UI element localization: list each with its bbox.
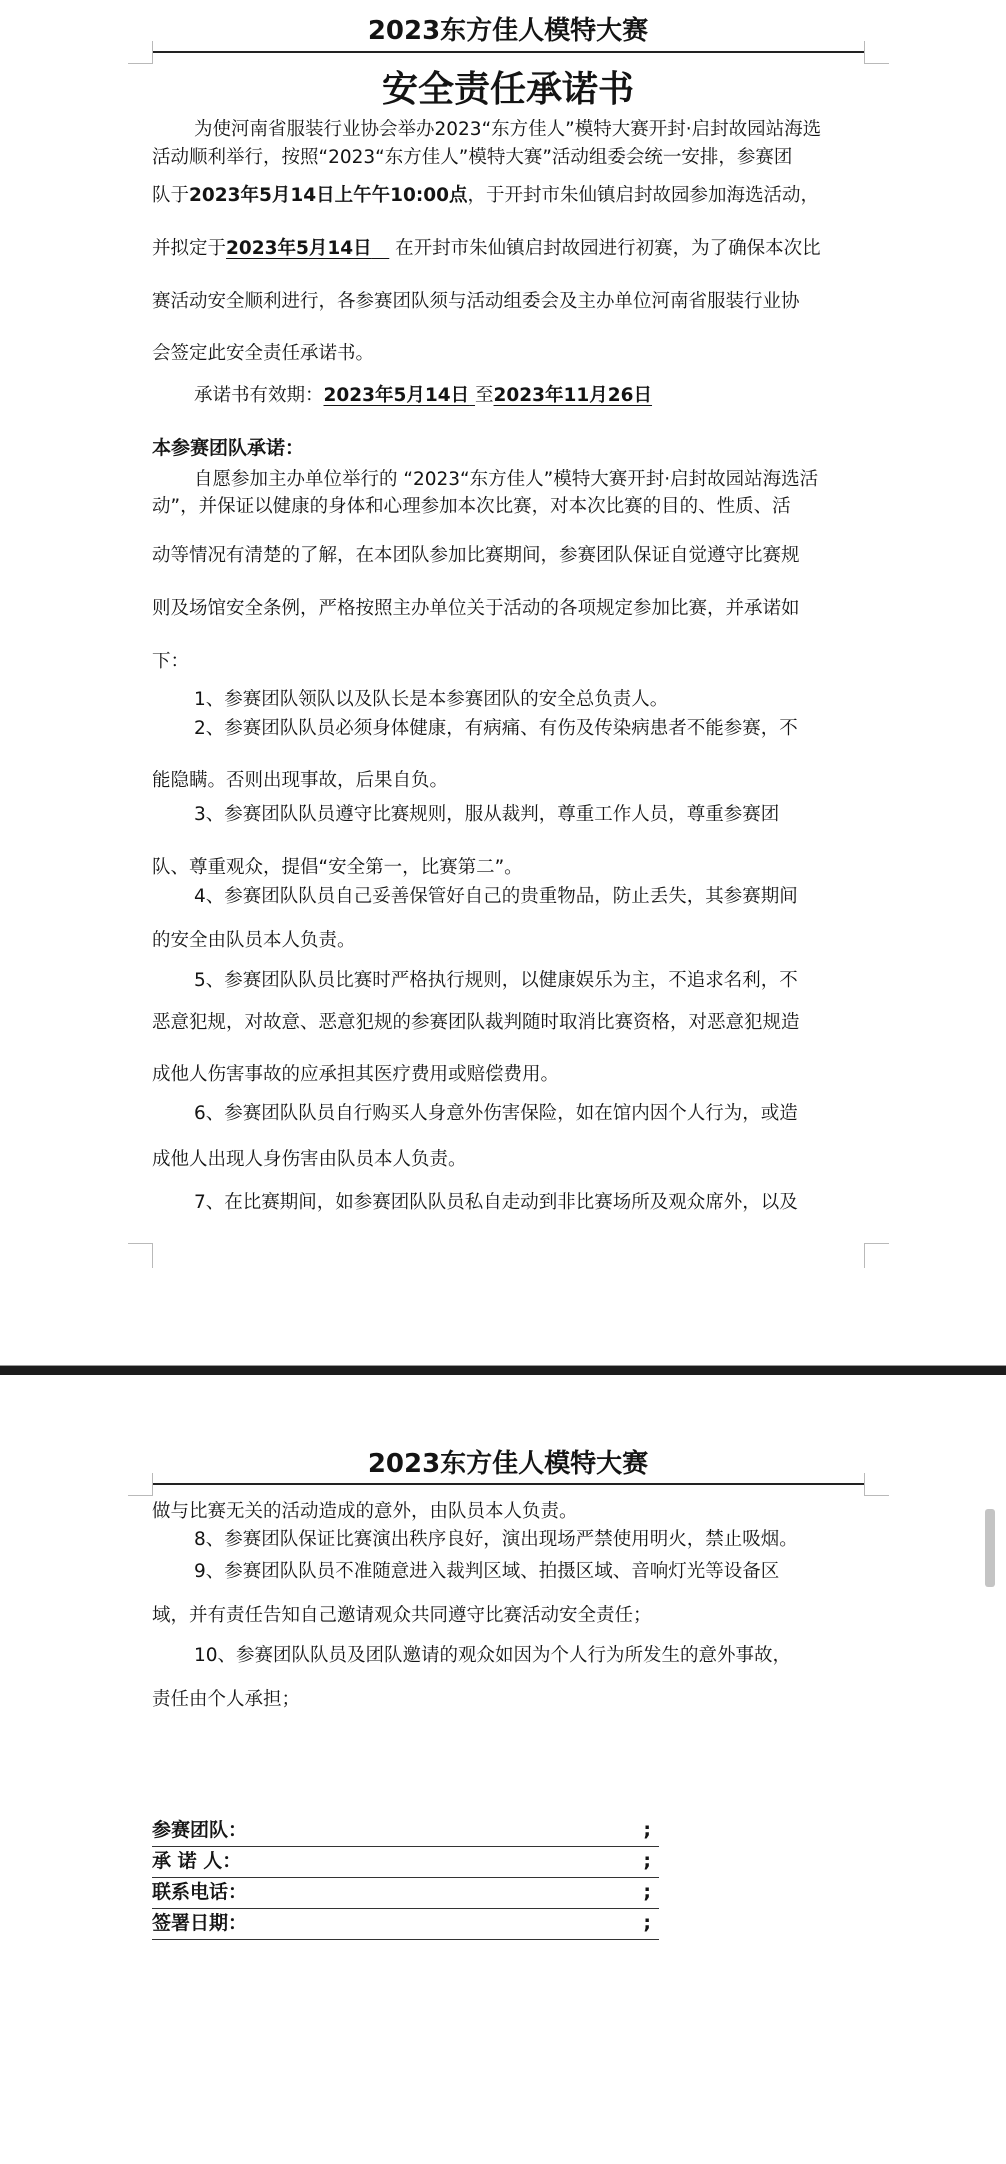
item-7-cont: 做与比赛无关的活动造成的意外，由队员本人负责。 [152,1499,872,1525]
text: 在开封市朱仙镇启封故园进行初赛，为了确保本次比 [395,238,821,259]
intro-line: 为使河南省服装行业协会举办2023“东方佳人”模特大赛开封·启封故园站海选 [194,117,914,143]
signature-promisor-field[interactable]: 承 诺 人：; [152,1846,659,1878]
intro-line: 活动顺利举行，按照“2023“东方佳人”模特大赛”活动组委会统一安排，参赛团 [152,145,872,171]
corner-mark-bottom-left [128,1243,153,1268]
item-5-cont: 恶意犯规，对故意、恶意犯规的参赛团队裁判随时取消比赛资格，对恶意犯规造 [152,1010,872,1036]
intro-line: 赛活动安全顺利进行，各参赛团队须与活动组委会及主办单位河南省服装行业协 [152,289,872,315]
item-8: 8、参赛团队保证比赛演出秩序良好，演出现场严禁使用明火，禁止吸烟。 [194,1527,914,1553]
corner-mark-top-right [864,41,889,64]
intro-line: 队于2023年5月14日上午午10:00点，于开封市朱仙镇启封故园参加海选活动， [152,183,872,209]
item-9-cont: 域，并有责任告知自己邀请观众共同遵守比赛活动安全责任； [152,1603,872,1629]
item-2-cont: 能隐瞒。否则出现事故，后果自负。 [152,768,872,794]
page-header-title: 2023东方佳人模特大赛 [152,1449,864,1479]
document-title: 安全责任承诺书 [152,68,864,112]
commit-heading: 本参赛团队承诺： [152,435,872,461]
item-4-cont: 的安全由队员本人负责。 [152,928,872,954]
intro-line: 会签定此安全责任承诺书。 [152,341,872,367]
item-6: 6、参赛团队队员自行购买人身意外伤害保险，如在馆内因个人行为，或造 [194,1101,914,1127]
text: ，于开封市朱仙镇启封故园参加海选活动， [468,185,820,206]
corner-mark-bottom-right [864,1243,889,1268]
signature-label: 承 诺 人： [152,1850,241,1872]
commit-line: 下： [152,649,872,675]
commit-line: 动等情况有清楚的了解，在本团队参加比赛期间，参赛团队保证自觉遵守比赛规 [152,543,872,569]
corner-mark-top-left [128,41,153,64]
item-10: 10、参赛团队队员及团队邀请的观众如因为个人行为所发生的意外事故， [194,1643,914,1669]
text: 队于 [152,185,189,206]
document-page-2: 2023东方佳人模特大赛 做与比赛无关的活动造成的意外，由队员本人负责。 8、参… [0,1375,1006,2164]
commit-line: 自愿参加主办单位举行的 “2023“东方佳人”模特大赛开封·启封故园站海选活 [194,467,914,493]
item-3-cont: 队、尊重观众，提倡“安全第一，比赛第二”。 [152,855,872,881]
intro-line: 并拟定于2023年5月14日 在开封市朱仙镇启封故园进行初赛，为了确保本次比 [152,236,872,262]
commit-line: 动”，并保证以健康的身体和心理参加本次比赛，对本次比赛的目的、性质、活 [152,494,872,520]
item-2: 2、参赛团队队员必须身体健康，有病痛、有伤及传染病患者不能参赛，不 [194,716,914,742]
signature-date-field[interactable]: 签署日期：; [152,1908,659,1940]
event-datetime: 2023年5月14日上午午10:00点 [189,185,468,206]
validity-to: 2023年11月26日 [494,385,652,406]
corner-mark-top-left [128,1473,153,1496]
item-1: 1、参赛团队领队以及队长是本参赛团队的安全总负责人。 [194,687,914,713]
validity-from: 2023年5月14日 [324,385,470,406]
item-5: 5、参赛团队队员比赛时严格执行规则，以健康娱乐为主，不追求名利，不 [194,968,914,994]
item-10-cont: 责任由个人承担； [152,1687,872,1713]
page-header-title: 2023东方佳人模特大赛 [152,16,864,46]
item-6-cont: 成他人出现人身伤害由队员本人负责。 [152,1147,872,1173]
corner-mark-top-right [864,1473,889,1496]
text: 并拟定于 [152,238,226,259]
validity-label: 承诺书有效期： [194,385,324,406]
document-page-1: 2023东方佳人模特大赛 安全责任承诺书 为使河南省服装行业协会举办2023“东… [0,0,1006,1365]
item-3: 3、参赛团队队员遵守比赛规则，服从裁判，尊重工作人员，尊重参赛团 [194,802,914,828]
validity-line: 承诺书有效期：2023年5月14日 至2023年11月26日 [194,383,914,409]
commit-line: 则及场馆安全条例，严格按照主办单位关于活动的各项规定参加比赛，并承诺如 [152,596,872,622]
signature-label: 联系电话： [152,1881,247,1903]
header-rule [152,51,864,53]
header-rule [152,1483,864,1485]
item-5-cont: 成他人伤害事故的应承担其医疗费用或赔偿费用。 [152,1062,872,1088]
vertical-scrollbar-thumb[interactable] [985,1509,995,1587]
item-9: 9、参赛团队队员不准随意进入裁判区域、拍摄区域、音响灯光等设备区 [194,1559,914,1585]
item-4: 4、参赛团队队员自己妥善保管好自己的贵重物品，防止丢失，其参赛期间 [194,884,914,910]
signature-label: 参赛团队： [152,1819,247,1841]
signature-team-field[interactable]: 参赛团队：; [152,1815,659,1847]
preliminary-date: 2023年5月14日 [226,238,372,259]
validity-to-word: 至 [475,385,494,406]
signature-phone-field[interactable]: 联系电话：; [152,1877,659,1909]
page-divider [0,1365,1006,1375]
item-7: 7、在比赛期间，如参赛团队队员私自走动到非比赛场所及观众席外，以及 [194,1190,914,1216]
signature-label: 签署日期： [152,1912,247,1934]
